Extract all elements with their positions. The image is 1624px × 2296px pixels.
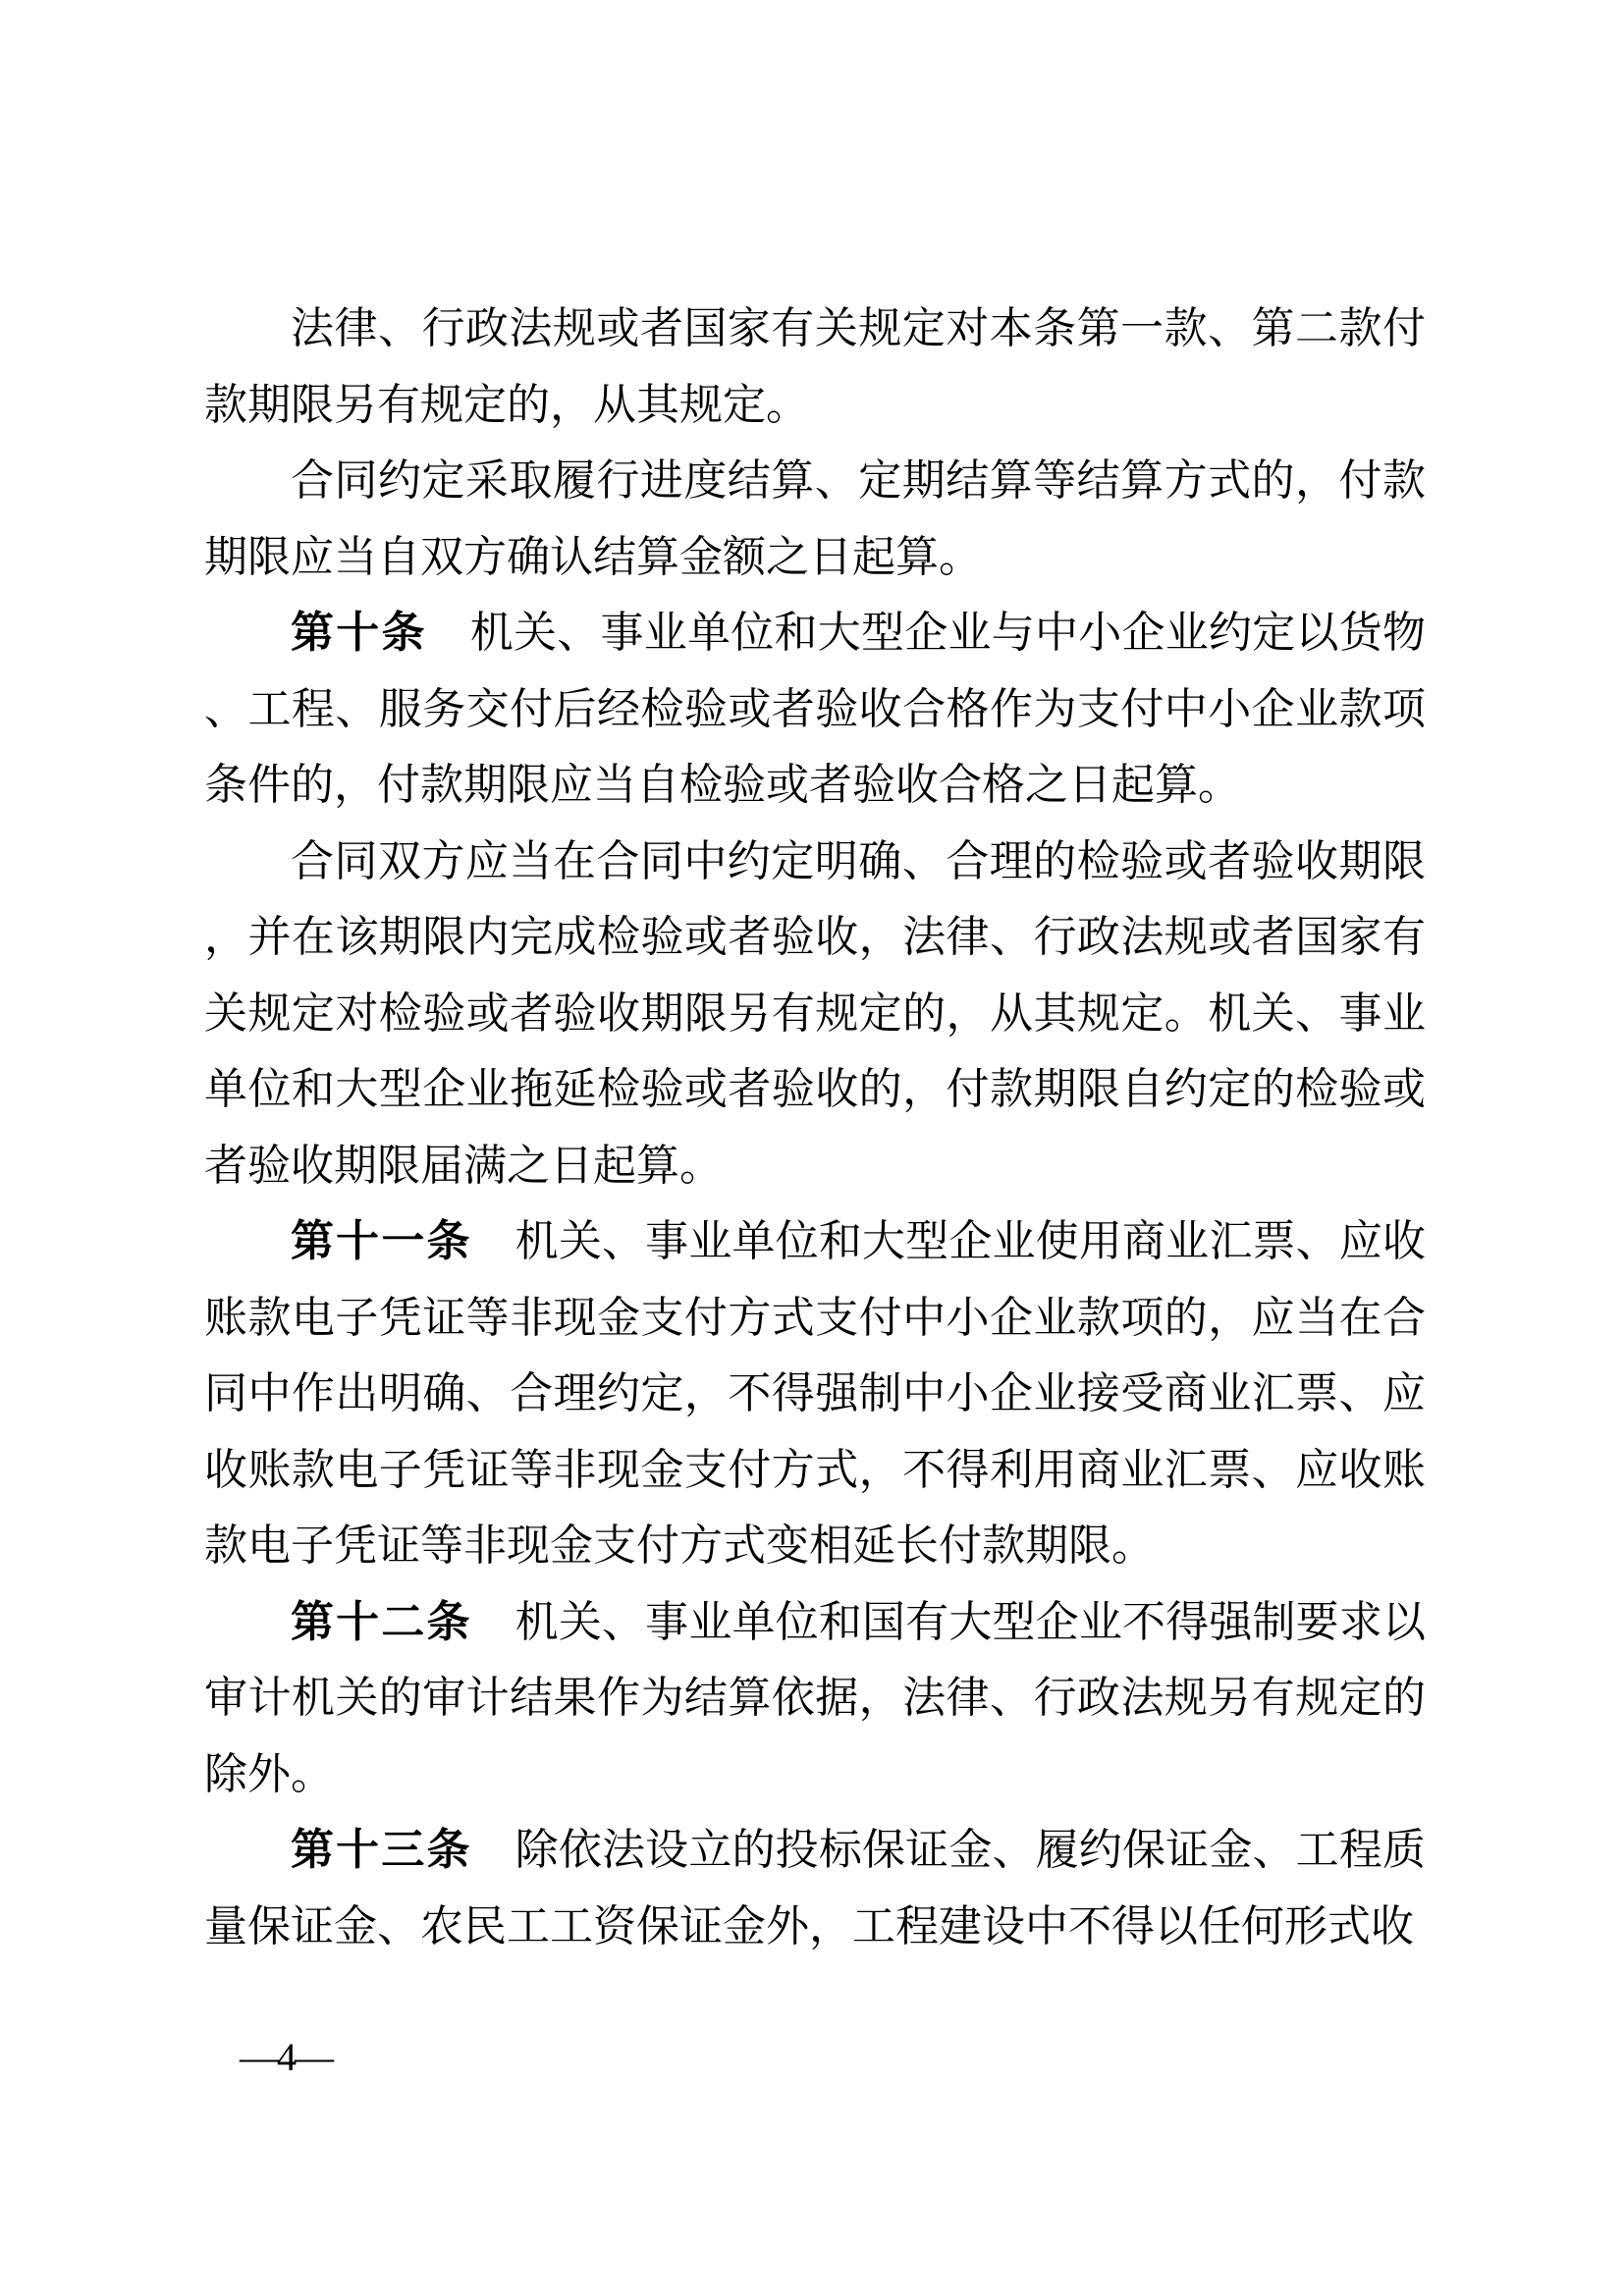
- paragraph-text: 合同约定采取履行进度结算、定期结算等结算方式的，付款期限应当自双方确认结算金额之…: [204, 456, 1426, 581]
- paragraph: 第十二条机关、事业单位和国有大型企业不得强制要求以审计机关的审计结果作为结算依据…: [204, 1584, 1426, 1813]
- paragraph-text: 机关、事业单位和大型企业使用商业汇票、应收账款电子凭证等非现金支付方式支付中小企…: [204, 1217, 1426, 1570]
- paragraph: 第十条机关、事业单位和大型企业与中小企业约定以货物、工程、服务交付后经检验或者验…: [204, 595, 1426, 824]
- page-number: —4—: [240, 2034, 332, 2081]
- paragraph: 第十一条机关、事业单位和大型企业使用商业汇票、应收账款电子凭证等非现金支付方式支…: [204, 1203, 1426, 1584]
- paragraph-text: 合同双方应当在合同中约定明确、合理的检验或者验收期限，并在该期限内完成检验或者验…: [204, 837, 1426, 1190]
- article-heading: 第十条: [291, 609, 427, 657]
- paragraph: 合同约定采取履行进度结算、定期结算等结算方式的，付款期限应当自双方确认结算金额之…: [204, 443, 1426, 595]
- article-heading: 第十二条: [291, 1598, 472, 1646]
- paragraph: 法律、行政法规或者国家有关规定对本条第一款、第二款付款期限另有规定的，从其规定。: [204, 291, 1426, 443]
- paragraph: 合同双方应当在合同中约定明确、合理的检验或者验收期限，并在该期限内完成检验或者验…: [204, 824, 1426, 1204]
- document-body: 法律、行政法规或者国家有关规定对本条第一款、第二款付款期限另有规定的，从其规定。…: [204, 291, 1426, 1964]
- paragraph: 第十三条除依法设立的投标保证金、履约保证金、工程质量保证金、农民工工资保证金外，…: [204, 1812, 1426, 1964]
- article-heading: 第十一条: [291, 1217, 472, 1265]
- document-page: 法律、行政法规或者国家有关规定对本条第一款、第二款付款期限另有规定的，从其规定。…: [0, 0, 1624, 2296]
- article-heading: 第十三条: [291, 1826, 472, 1874]
- paragraph-text: 法律、行政法规或者国家有关规定对本条第一款、第二款付款期限另有规定的，从其规定。: [204, 304, 1426, 429]
